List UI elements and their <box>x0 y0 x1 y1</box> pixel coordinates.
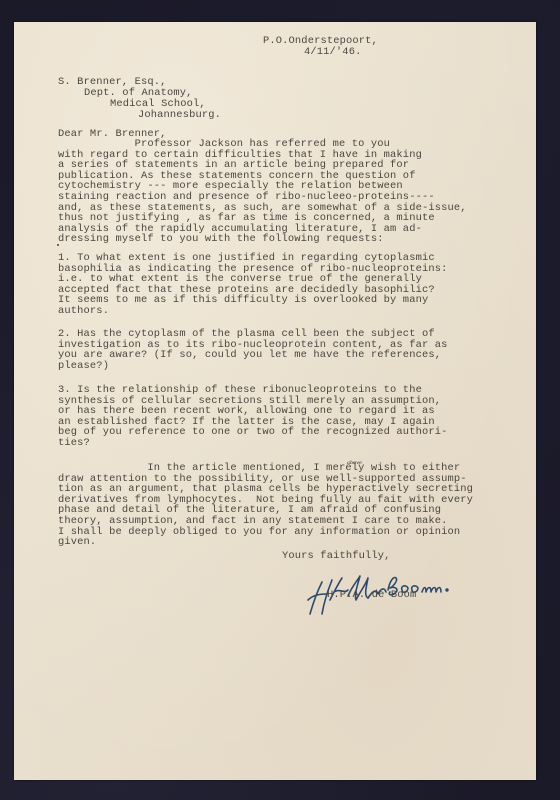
text-line: given. <box>58 537 473 548</box>
text-line: authors. <box>58 306 448 317</box>
text-line: staining reaction and presence of ribo-n… <box>58 192 467 203</box>
recipient-city: Johannesburg. <box>138 110 221 121</box>
text-line: you are aware? (If so, could you let me … <box>58 350 448 361</box>
paragraph-question-2: 2. Has the cytoplasm of the plasma cell … <box>58 329 448 371</box>
text-line: beg of you reference to one or two of th… <box>58 427 448 438</box>
letter-page: P.O.Onderstepoort, 4/11/'46. S. Brenner,… <box>14 22 536 780</box>
text-line: ties? <box>58 438 448 449</box>
paragraph-closing: In the article mentioned, I merely wish … <box>58 463 473 548</box>
text-line: please?) <box>58 361 448 372</box>
text-line: theory, assumption, and fact in any stat… <box>58 516 473 527</box>
letter-date: 4/11/'46. <box>304 47 361 58</box>
text-line: It seems to me as if this difficulty is … <box>58 295 448 306</box>
paragraph-question-1: 1. To what extent is one justified in re… <box>58 253 448 317</box>
paragraph-intro: Professor Jackson has referred me to you… <box>58 139 467 245</box>
text-line: dressing myself to you with the followin… <box>58 234 467 245</box>
margin-dot-mark <box>57 244 59 246</box>
typed-signatory-name: H.P.A. de Boom <box>327 590 416 601</box>
sign-off: Yours faithfully, <box>282 551 391 562</box>
text-line: I shall be deeply obliged to you for any… <box>58 527 473 538</box>
text-line: 1. To what extent is one justified in re… <box>58 253 448 264</box>
text-line: Professor Jackson has referred me to you <box>58 139 467 150</box>
paragraph-question-3: 3. Is the relationship of these ribonucl… <box>58 385 448 449</box>
text-line: In the article mentioned, I merely wish … <box>58 463 473 474</box>
text-line: 2. Has the cytoplasm of the plasma cell … <box>58 329 448 340</box>
text-line: 3. Is the relationship of these ribonucl… <box>58 385 448 396</box>
